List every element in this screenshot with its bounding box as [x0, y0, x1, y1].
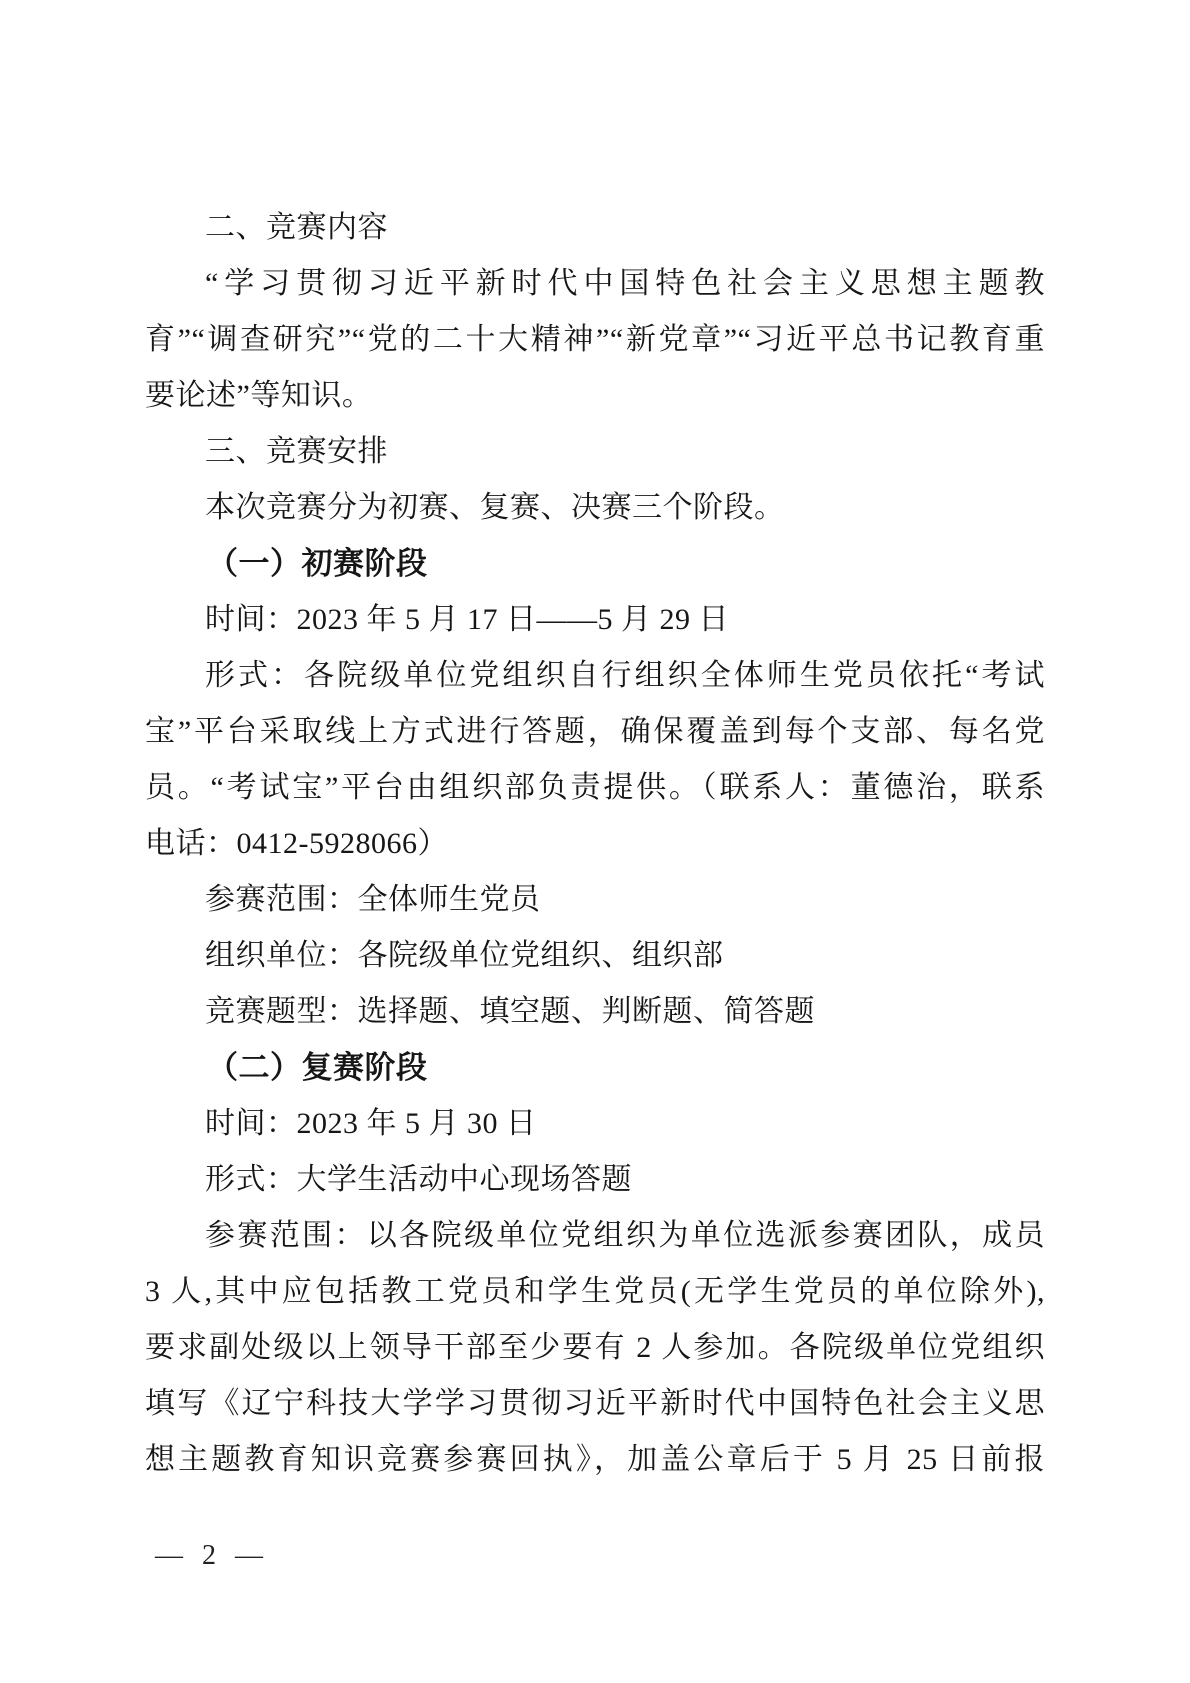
text-line: 形式：各院级单位党组织自行组织全体师生党员依托“考试 [145, 648, 1045, 704]
text-line: 形式：大学生活动中心现场答题 [145, 1152, 1045, 1208]
text-line: 组织单位：各院级单位党组织、组织部 [145, 928, 1045, 984]
text-line: 时间：2023 年 5 月 30 日 [145, 1096, 1045, 1152]
text-line: 本次竞赛分为初赛、复赛、决赛三个阶段。 [145, 480, 1045, 536]
text-line: 三、竞赛安排 [145, 424, 1045, 480]
document-page: 二、竞赛内容“学习贯彻习近平新时代中国特色社会主义思想主题教育”“调查研究”“党… [0, 0, 1190, 1683]
text-line: 二、竞赛内容 [145, 200, 1045, 256]
page-number: — 2 — [155, 1540, 269, 1572]
text-line: 竞赛题型：选择题、填空题、判断题、简答题 [145, 984, 1045, 1040]
text-line: 电话：0412-5928066） [145, 816, 1045, 872]
text-line: 员。“考试宝”平台由组织部负责提供。（联系人：董德治，联系 [145, 760, 1045, 816]
section-heading: （一）初赛阶段 [145, 536, 1045, 592]
text-line: 参赛范围：全体师生党员 [145, 872, 1045, 928]
text-line: 宝”平台采取线上方式进行答题，确保覆盖到每个支部、每名党 [145, 704, 1045, 760]
text-line: 填写《辽宁科技大学学习贯彻习近平新时代中国特色社会主义思 [145, 1376, 1045, 1432]
text-line: 参赛范围：以各院级单位党组织为单位选派参赛团队，成员 [145, 1208, 1045, 1264]
text-line: 育”“调查研究”“党的二十大精神”“新党章”“习近平总书记教育重 [145, 312, 1045, 368]
text-line: 要论述”等知识。 [145, 368, 1045, 424]
text-line: 要求副处级以上领导干部至少要有 2 人参加。各院级单位党组织 [145, 1320, 1045, 1376]
text-line: 时间：2023 年 5 月 17 日——5 月 29 日 [145, 592, 1045, 648]
document-body: 二、竞赛内容“学习贯彻习近平新时代中国特色社会主义思想主题教育”“调查研究”“党… [145, 200, 1045, 1488]
text-line: 3 人,其中应包括教工党员和学生党员(无学生党员的单位除外), [145, 1264, 1045, 1320]
text-line: 想主题教育知识竞赛参赛回执》，加盖公章后于 5 月 25 日前报 [145, 1432, 1045, 1488]
text-line: “学习贯彻习近平新时代中国特色社会主义思想主题教 [145, 256, 1045, 312]
section-heading: （二）复赛阶段 [145, 1040, 1045, 1096]
